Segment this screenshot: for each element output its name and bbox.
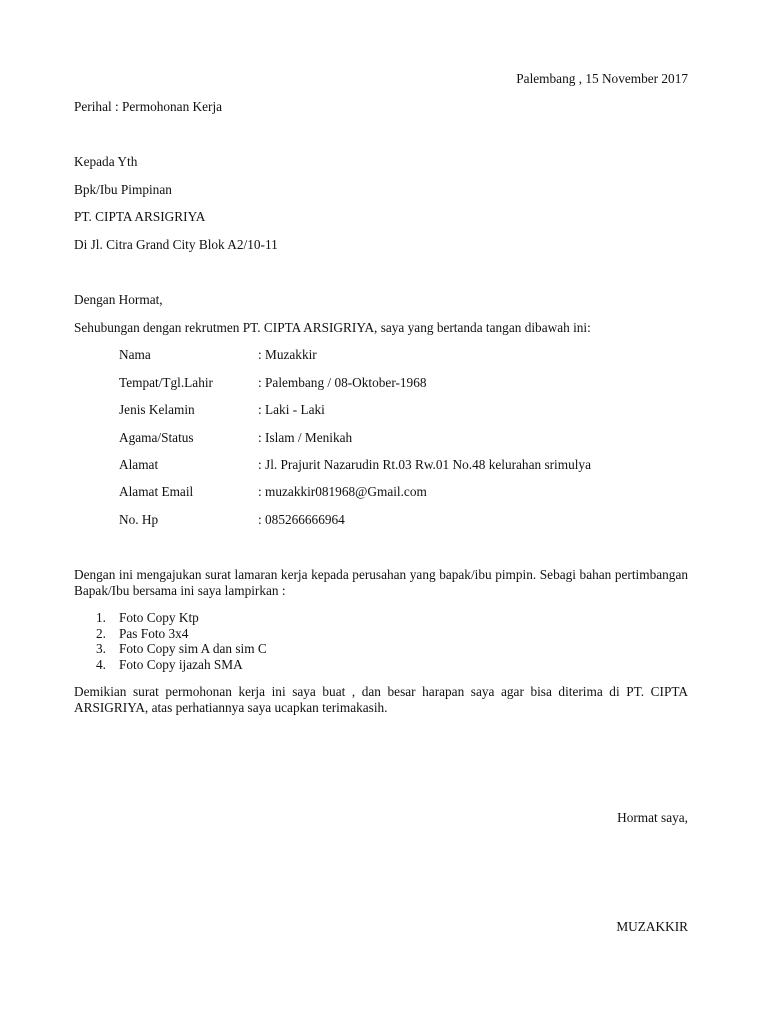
detail-value-religion: : Islam / Menikah xyxy=(258,430,352,446)
detail-value-phone: : 085266666964 xyxy=(258,512,345,528)
greeting: Dengan Hormat, xyxy=(74,292,163,308)
detail-label-birth: Tempat/Tgl.Lahir xyxy=(119,375,213,391)
detail-value-email: : muzakkir081968@Gmail.com xyxy=(258,484,427,500)
attachment-number: 4. xyxy=(96,657,119,673)
attachment-item: 2.Pas Foto 3x4 xyxy=(96,626,267,642)
detail-label-religion: Agama/Status xyxy=(119,430,194,446)
detail-value-gender: : Laki - Laki xyxy=(258,402,325,418)
recipient-company: PT. CIPTA ARSIGRIYA xyxy=(74,209,205,225)
recipient-salutation: Kepada Yth xyxy=(74,154,137,170)
detail-label-phone: No. Hp xyxy=(119,512,158,528)
attachment-number: 3. xyxy=(96,641,119,657)
attachment-text: Pas Foto 3x4 xyxy=(119,626,188,641)
attachments-list: 1.Foto Copy Ktp 2.Pas Foto 3x4 3.Foto Co… xyxy=(96,610,267,672)
detail-label-address: Alamat xyxy=(119,457,158,473)
attachment-text: Foto Copy Ktp xyxy=(119,610,199,625)
detail-label-gender: Jenis Kelamin xyxy=(119,402,195,418)
attachment-number: 2. xyxy=(96,626,119,642)
closing-paragraph: Demikian surat permohonan kerja ini saya… xyxy=(74,684,688,716)
attachment-item: 3.Foto Copy sim A dan sim C xyxy=(96,641,267,657)
detail-label-nama: Nama xyxy=(119,347,151,363)
recipient-address: Di Jl. Citra Grand City Blok A2/10-11 xyxy=(74,237,278,253)
signature-name: MUZAKKIR xyxy=(616,919,688,935)
place-date: Palembang , 15 November 2017 xyxy=(516,71,688,87)
detail-value-address: : Jl. Prajurit Nazarudin Rt.03 Rw.01 No.… xyxy=(258,457,591,473)
subject-line: Perihal : Permohonan Kerja xyxy=(74,99,222,115)
attachment-text: Foto Copy sim A dan sim C xyxy=(119,641,267,656)
attachment-text: Foto Copy ijazah SMA xyxy=(119,657,243,672)
recipient-title: Bpk/Ibu Pimpinan xyxy=(74,182,172,198)
body-paragraph: Dengan ini mengajukan surat lamaran kerj… xyxy=(74,567,688,599)
detail-value-nama: : Muzakkir xyxy=(258,347,317,363)
attachment-item: 4.Foto Copy ijazah SMA xyxy=(96,657,267,673)
detail-label-email: Alamat Email xyxy=(119,484,193,500)
attachment-item: 1.Foto Copy Ktp xyxy=(96,610,267,626)
attachment-number: 1. xyxy=(96,610,119,626)
intro-text: Sehubungan dengan rekrutmen PT. CIPTA AR… xyxy=(74,320,591,336)
sign-off: Hormat saya, xyxy=(617,810,688,826)
detail-value-birth: : Palembang / 08-Oktober-1968 xyxy=(258,375,427,391)
